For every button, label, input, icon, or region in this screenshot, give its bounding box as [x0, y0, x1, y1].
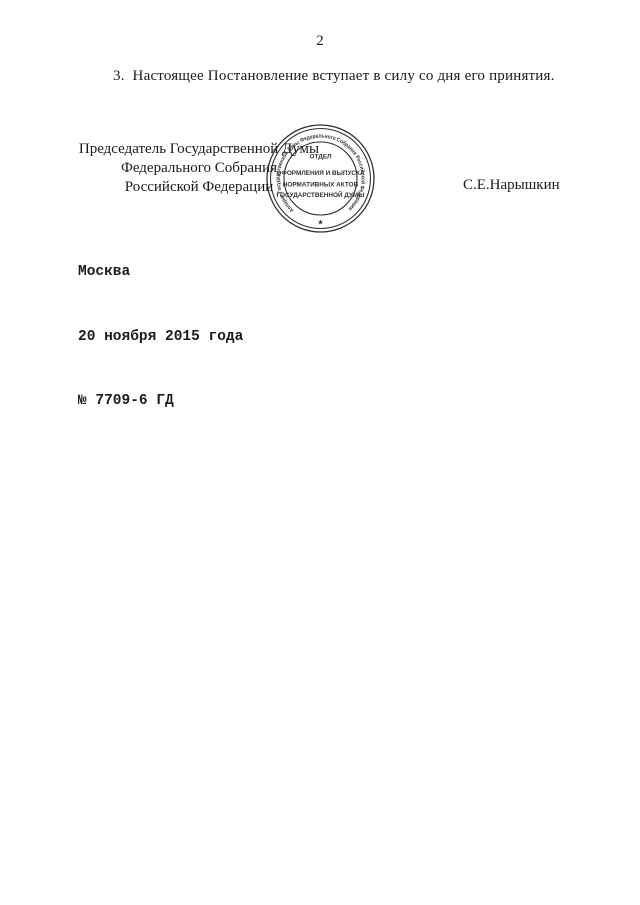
- stamp-second-ring: [271, 129, 371, 229]
- stamp-star-icon: ★: [317, 219, 323, 227]
- document-page: 2 3. Настоящее Постановление вступает в …: [0, 0, 640, 905]
- stamp-center-text-line-4: ГОСУДАРСТВЕННОЙ ДУМЫ: [277, 190, 365, 199]
- footer-doc-number: № 7709-6 ГД: [78, 391, 243, 413]
- stamp-center-text-line-1: ОТДЕЛ: [309, 154, 332, 161]
- resolution-clause: 3. Настоящее Постановление вступает в си…: [113, 68, 555, 85]
- signatory-name: С.Е.Нарышкин: [463, 177, 560, 194]
- stamp-outer-ring: [267, 125, 374, 232]
- official-stamp-icon: Аппарат Государственной Думы Федеральног…: [258, 116, 383, 241]
- page-number: 2: [0, 33, 640, 50]
- footer-city: Москва: [78, 262, 243, 284]
- footer-block: Москва 20 ноября 2015 года № 7709-6 ГД: [78, 219, 243, 456]
- footer-date: 20 ноября 2015 года: [78, 327, 243, 349]
- stamp-center-text-line-3: НОРМАТИВНЫХ АКТОВ: [283, 182, 359, 189]
- stamp-center-text-line-2: ОФОРМЛЕНИЯ И ВЫПУСКА: [276, 170, 365, 177]
